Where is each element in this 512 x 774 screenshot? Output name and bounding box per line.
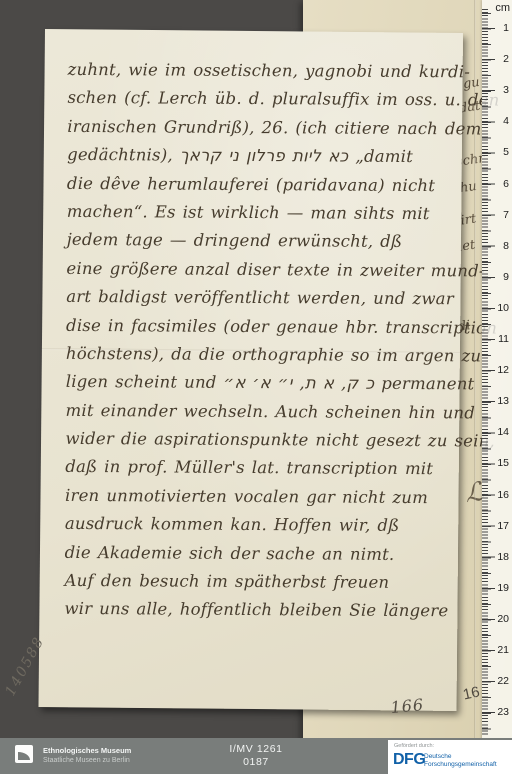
ruler-number: 15 [497, 457, 509, 469]
handwriting-line: wir uns alle, hoffentlich bleiben Sie lä… [64, 599, 452, 630]
handwriting-line: dise in facsimiles (oder genaue hbr. tra… [66, 315, 454, 346]
pencil-inventory-number: 140588 [3, 634, 48, 699]
handwriting-line: machen“. Es ist wirklich — man sihts mit [67, 202, 455, 233]
ruler-number: 23 [497, 706, 509, 718]
ruler-number: 1 [503, 22, 509, 34]
funding-label: Gefördert durch: [394, 743, 434, 749]
handwriting-line: die dêve herumlauferei (paridavana) nich… [67, 173, 455, 204]
letter-paragraph: zuhnt, wie im ossetischen, yagnobi und k… [65, 60, 456, 573]
dfg-org-name: Deutsche Forschungsgemeinschaft [424, 753, 497, 769]
ruler-number: 21 [497, 644, 509, 656]
ruler-number: 11 [498, 333, 509, 345]
ruler-number: 14 [497, 426, 509, 438]
dfg-org-line1: Deutsche [424, 753, 497, 761]
letter-paragraph: Auf den besuch im spätherbst freuen wir … [64, 571, 452, 630]
ruler: cm 1 2 3 4 5 6 7 8 9 10 11 12 13 [482, 0, 512, 740]
funding-box: Gefördert durch: DFG Deutsche Forschungs… [388, 740, 512, 774]
handwriting-line: jedem tage — dringend erwünscht, dß [67, 230, 455, 261]
handwriting-line: eine größere anzal diser texte in zweite… [66, 259, 454, 290]
ruler-number: 12 [497, 364, 509, 376]
pencil-page-number: 166 [390, 695, 425, 717]
rear-sheet-page-number: 16 [461, 683, 481, 703]
handwriting-line: wider die aspirationspunkte nicht gesezt… [65, 429, 453, 460]
rear-sheet-text-fragment: hu [459, 179, 478, 196]
ruler-number: 4 [503, 115, 509, 127]
ruler-number: 3 [503, 84, 509, 96]
main-letter-page: zuhnt, wie im ossetischen, yagnobi und k… [38, 29, 462, 711]
ruler-number: 2 [503, 53, 509, 65]
handwriting-line: daß in prof. Müller's lat. transcription… [65, 457, 453, 488]
ruler-number: 22 [497, 675, 509, 687]
handwriting-line: art baldigst veröffentlicht werden, und … [66, 287, 454, 318]
ruler-number: 7 [503, 209, 509, 221]
ruler-number: 18 [497, 551, 509, 563]
ruler-number: 9 [503, 271, 509, 283]
handwriting-line: gedächtnis), כא ליות פרלון ני קראך „dami… [67, 145, 455, 176]
ruler-number: 17 [497, 520, 509, 532]
ruler-number: 19 [497, 582, 509, 594]
ruler-number: 20 [497, 613, 509, 625]
handwritten-text: zuhnt, wie im ossetischen, yagnobi und k… [64, 60, 455, 630]
handwriting-line: mit einander wechseln. Auch scheinen hin… [65, 401, 453, 432]
dfg-logo: DFG [393, 751, 425, 769]
handwriting-line: schen (cf. Lerch üb. d. pluralsuffix im … [67, 88, 455, 119]
ruler-number: 8 [503, 240, 509, 252]
handwriting-line: Auf den besuch im spätherbst freuen [64, 571, 452, 602]
ruler-number: 10 [497, 302, 509, 314]
handwriting-line: iren unmotivierten vocalen gar nicht zum [65, 486, 453, 517]
ruler-number: 16 [497, 489, 509, 501]
handwriting-line: ligen scheint und כ ק, א ת, י״ א׳ א״ per… [66, 372, 454, 403]
ruler-number: 13 [497, 395, 509, 407]
handwriting-line: höchstens), da die orthographie so im ar… [66, 344, 454, 375]
handwriting-line: ausdruck kommen kan. Hoffen wir, dß [65, 514, 453, 545]
footer-bar: Ethnologisches Museum Staatliche Museen … [0, 738, 512, 774]
ruler-number: 6 [503, 178, 509, 190]
ruler-number: 5 [503, 146, 509, 158]
handwriting-line: zuhnt, wie im ossetischen, yagnobi und k… [68, 60, 456, 91]
ruler-numbers: 1 2 3 4 5 6 7 8 9 10 11 12 13 14 15 [482, 0, 512, 740]
handwriting-line: iranischen Grundriß), 26. (ich citiere n… [67, 117, 455, 148]
handwriting-line: die Akademie sich der sache an nimt. [65, 543, 453, 574]
dfg-org-line2: Forschungsgemeinschaft [424, 761, 497, 769]
